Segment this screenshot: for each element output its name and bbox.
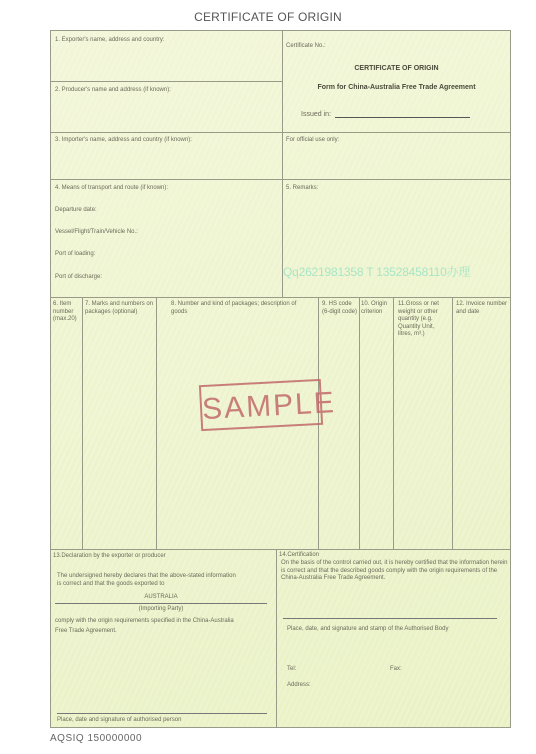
certificate-no-label: Certificate No.:	[286, 43, 326, 49]
col-quantity: 11.Gross or net weight or other quantity…	[398, 301, 450, 339]
footer-code: AQSIQ 150000000	[50, 733, 142, 744]
divider	[51, 179, 510, 180]
col-item-number: 6. Item number (max.20)	[53, 301, 81, 324]
transport-label: 4. Means of transport and route (if know…	[55, 185, 168, 193]
producer-label: 2. Producer's name and address (if known…	[55, 87, 171, 93]
divider	[51, 81, 282, 82]
remarks-label: 5. Remarks:	[286, 185, 318, 191]
certification-body: On the basis of the control carried out,…	[281, 560, 509, 583]
vessel-field[interactable]: Vessel/Flight/Train/Vehicle No.:	[55, 229, 138, 237]
issued-in-field[interactable]	[335, 117, 470, 118]
divider	[51, 549, 510, 550]
issued-in-label: Issued in:	[301, 111, 331, 120]
exporter-field[interactable]: 1. Exporter's name, address and country:	[55, 37, 165, 45]
importer-field[interactable]: 3. Importer's name, address and country …	[55, 137, 192, 145]
importer-label: 3. Importer's name, address and country …	[55, 137, 192, 143]
declaration-body: The undersigned hereby declares that the…	[57, 573, 239, 588]
importing-party-line	[55, 603, 267, 604]
address-field[interactable]: Address:	[287, 682, 311, 690]
certificate-form: 1. Exporter's name, address and country:…	[50, 30, 511, 728]
form-title: CERTIFICATE OF ORIGIN	[283, 65, 510, 74]
producer-field[interactable]: 2. Producer's name and address (if known…	[55, 87, 171, 95]
col-hs-code: 9. HS code (6-digit code)	[322, 301, 358, 316]
declaration-signature-line[interactable]	[57, 713, 267, 714]
certification-signature-caption: Place, date, and signature and stamp of …	[287, 626, 448, 634]
divider	[276, 549, 277, 727]
port-loading-field[interactable]: Port of loading:	[55, 251, 95, 259]
certification-heading: 14.Certification	[279, 552, 319, 560]
departure-date-field[interactable]: Departure date:	[55, 207, 97, 215]
declaration-signature-caption: Place, date and signature of authorised …	[57, 717, 181, 725]
form-subtitle: Form for China-Australia Free Trade Agre…	[283, 84, 510, 93]
divider	[51, 297, 510, 298]
col-marks: 7. Marks and numbers on packages (option…	[85, 301, 157, 316]
watermark-text: Qq2621981358 T 13528458110办理	[283, 263, 510, 280]
sample-stamp: SAMPLE	[199, 379, 323, 431]
goods-table-body[interactable]	[51, 336, 510, 548]
col-origin-criterion: 10. Origin criterion	[361, 301, 393, 316]
fax-field[interactable]: Fax:	[390, 666, 402, 674]
official-use-field: For official use only:	[286, 137, 339, 145]
remarks-field[interactable]: 5. Remarks:	[286, 185, 318, 193]
certificate-no-field[interactable]: Certificate No.:	[286, 43, 326, 51]
document-title: CERTIFICATE OF ORIGIN	[0, 10, 536, 24]
tel-field[interactable]: Tel:	[287, 666, 296, 674]
official-use-label: For official use only:	[286, 137, 339, 143]
col-invoice: 12. Invoice number and date	[456, 301, 510, 316]
exporter-label: 1. Exporter's name, address and country:	[55, 37, 165, 43]
divider	[51, 132, 510, 133]
importing-party-value[interactable]: AUSTRALIA	[55, 594, 267, 602]
declaration-heading: 13.Declaration by the exporter or produc…	[53, 553, 166, 561]
importing-party-caption: (Importing Party)	[55, 606, 267, 614]
port-discharge-field[interactable]: Port of discharge:	[55, 274, 102, 282]
certification-signature-line[interactable]	[283, 618, 497, 619]
col-description: 8. Number and kind of packages; descript…	[171, 301, 313, 316]
declaration-body-2: comply with the origin requirements spec…	[55, 617, 237, 636]
